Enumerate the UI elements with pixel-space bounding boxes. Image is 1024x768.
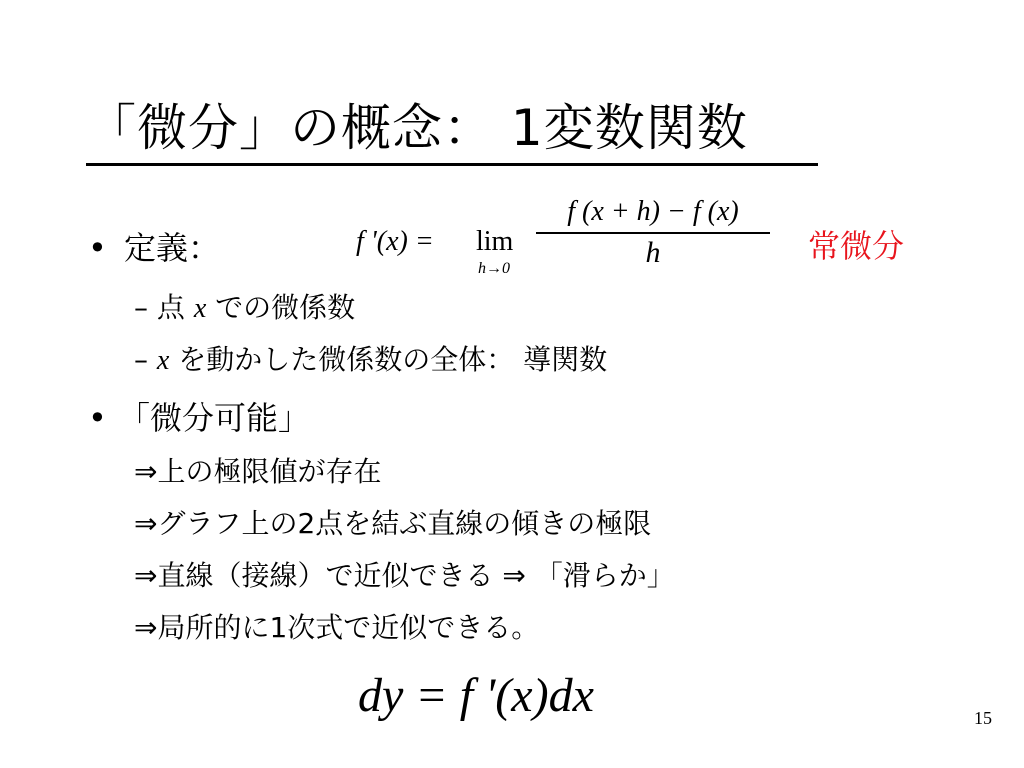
sub-item-text: 点 (157, 291, 194, 324)
difference-quotient: f (x + h) − f (x) h (536, 196, 770, 270)
dash-icon: – (134, 343, 148, 376)
slide-title: 「微分」の概念： 1変数関数 (86, 98, 748, 158)
sub-item-point-derivative: – 点 x での微係数 (134, 290, 355, 327)
bullet-differentiable: •「微分可能」 (88, 398, 310, 438)
limit-operator: lim (476, 226, 513, 258)
implication-line-4: ⇒局所的に1次式で近似できる。 (134, 610, 539, 646)
sub-item-derivative-function: – x を動かした微係数の全体： 導関数 (134, 342, 607, 379)
dash-icon: – (134, 291, 148, 324)
sub-item-text: を動かした微係数の全体： 導関数 (169, 343, 607, 376)
implication-line-3: ⇒直線（接線）で近似できる ⇒ 「滑らか」 (134, 558, 675, 594)
limit-subscript: h→0 (478, 260, 510, 278)
fraction-numerator: f (x + h) − f (x) (536, 196, 770, 228)
implication-line-1: ⇒上の極限値が存在 (134, 454, 381, 490)
fraction-bar (536, 232, 770, 234)
bullet-dot-icon: • (88, 228, 124, 268)
variable-x: x (194, 293, 206, 324)
implication-line-2: ⇒グラフ上の2点を結ぶ直線の傾きの極限 (134, 506, 651, 542)
variable-x: x (157, 345, 169, 376)
differentiable-label: 「微分可能」 (118, 399, 310, 437)
title-underline (86, 163, 818, 166)
differential-equation: dy = f '(x)dx (358, 668, 594, 724)
definition-label: 定義： (124, 229, 220, 267)
fraction-denominator: h (536, 236, 770, 270)
bullet-definition: •定義： (88, 228, 220, 268)
derivative-lhs: f '(x) = (356, 226, 434, 258)
sub-item-text: での微係数 (206, 291, 355, 324)
ordinary-derivative-note: 常微分 (808, 226, 904, 266)
page-number: 15 (974, 708, 992, 728)
bullet-dot-icon: • (88, 398, 118, 438)
